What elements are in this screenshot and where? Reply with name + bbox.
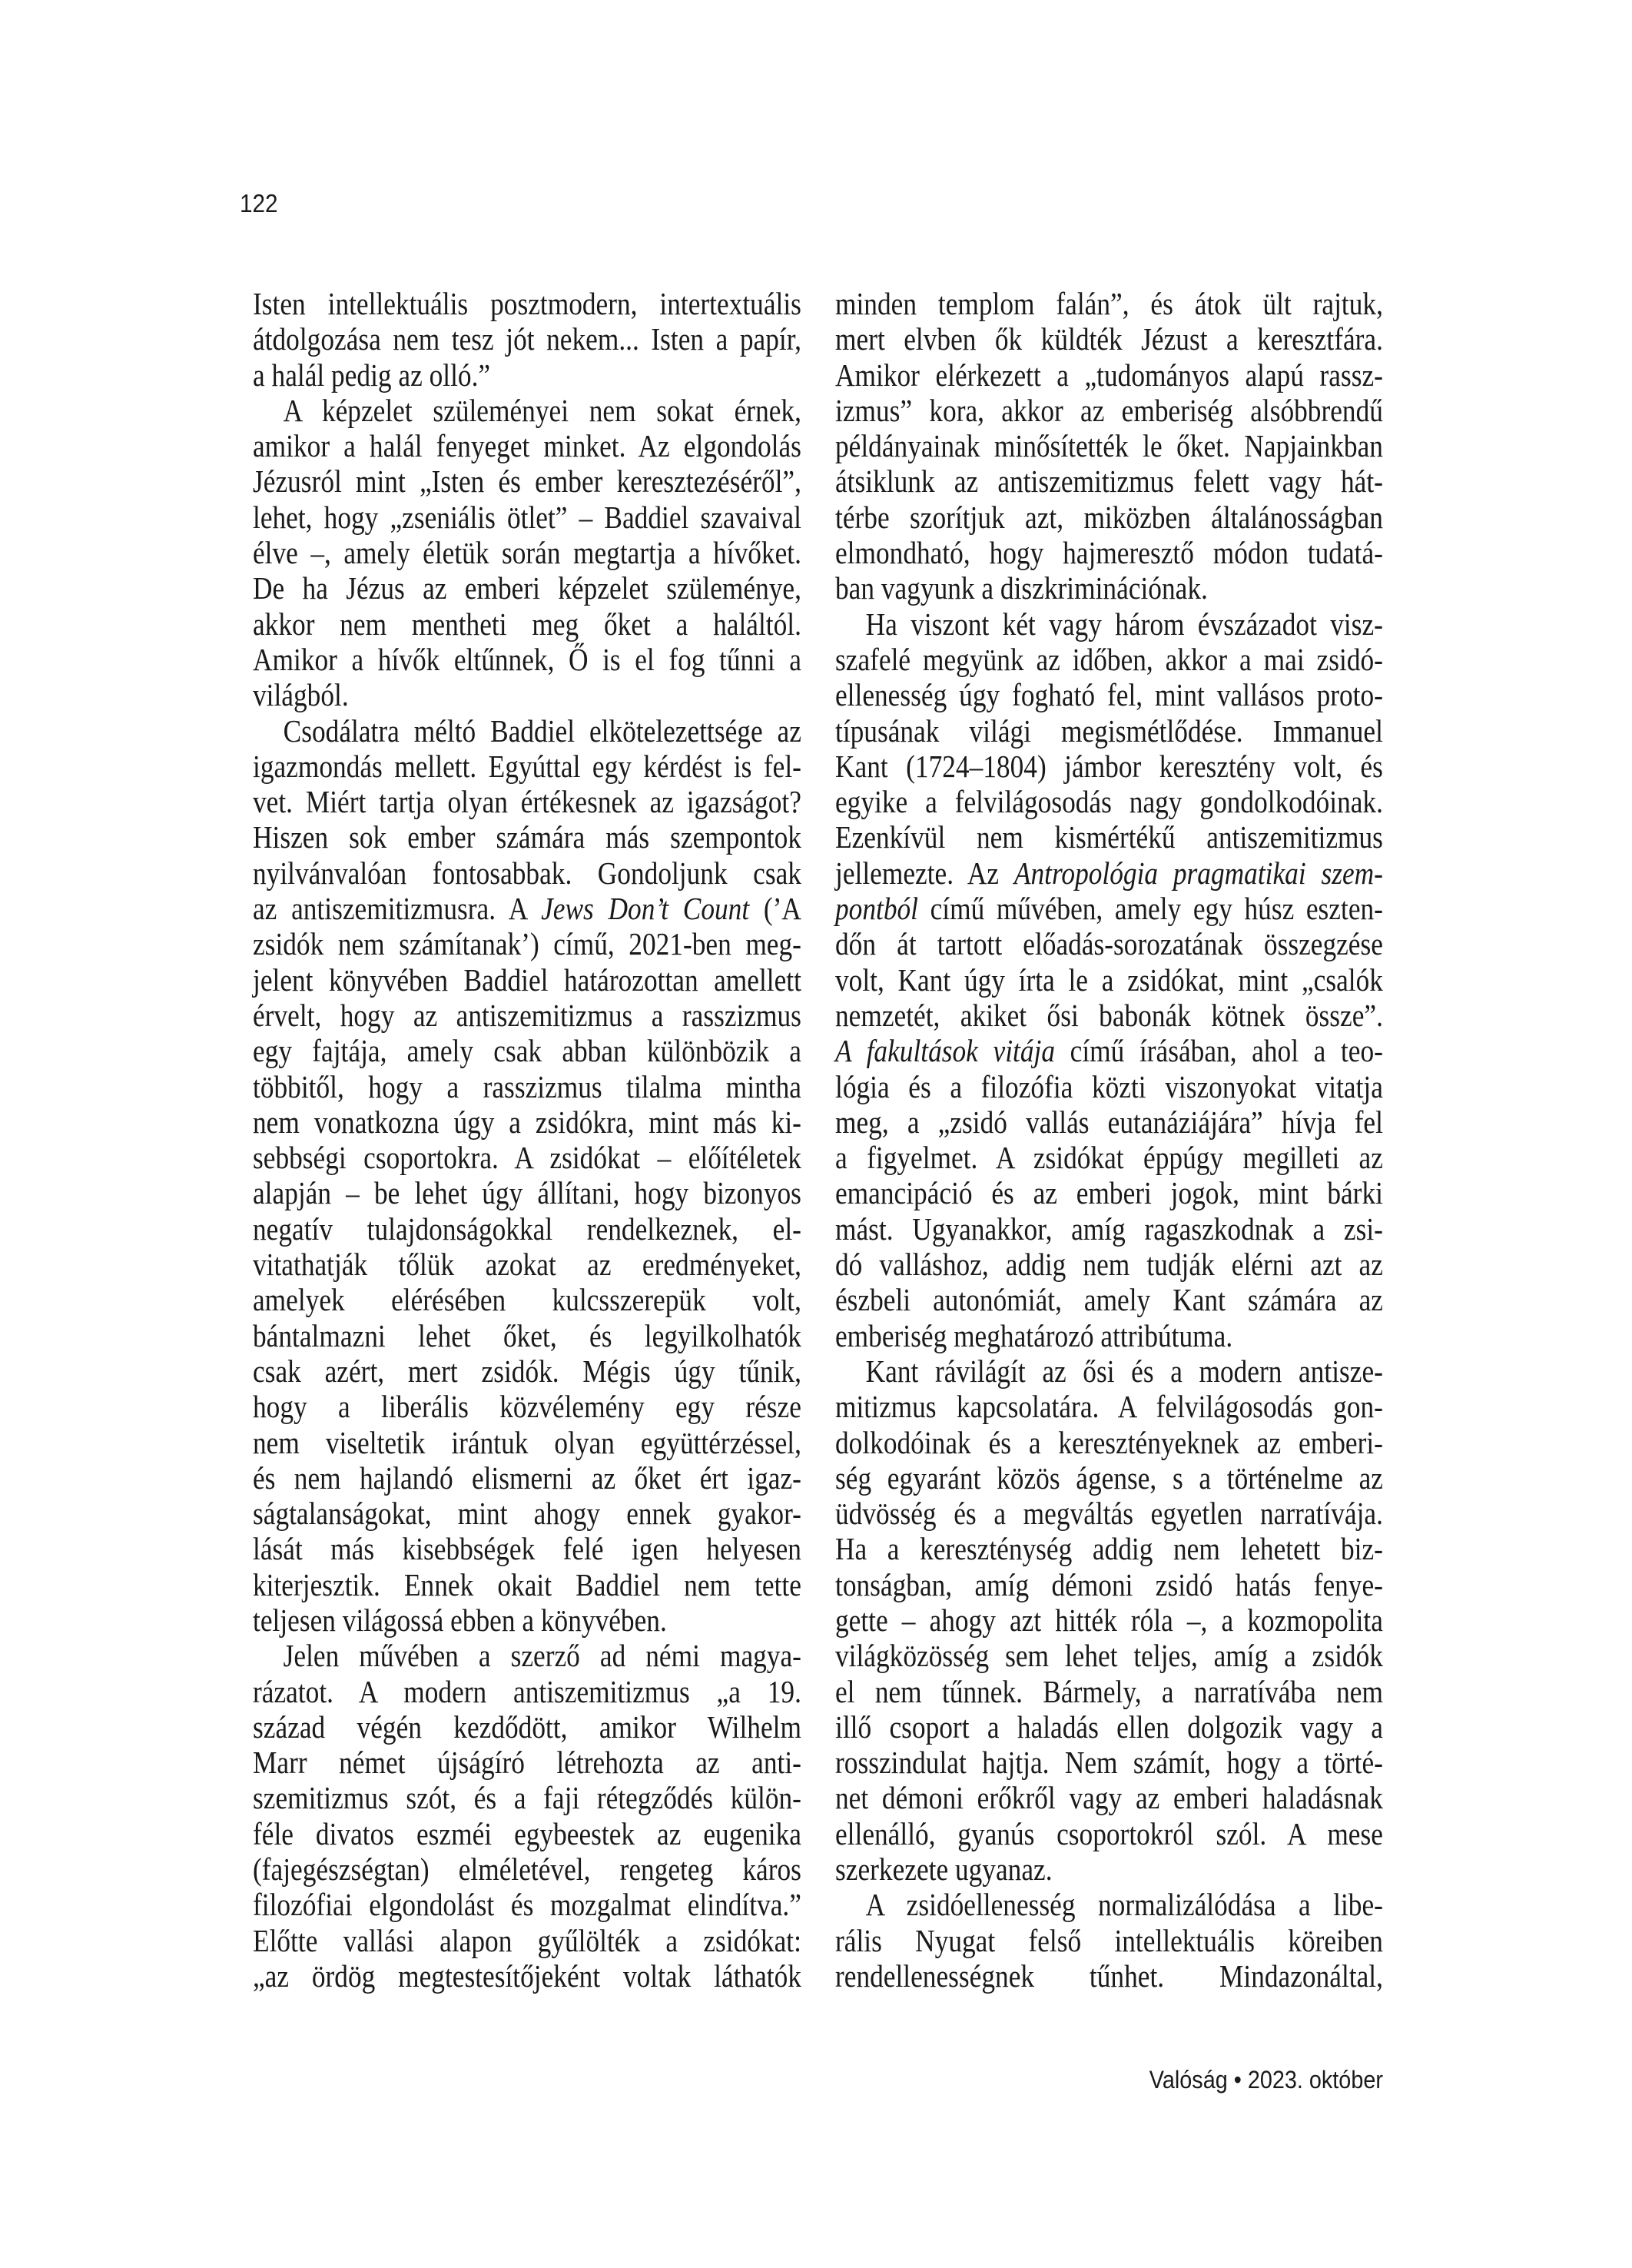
text-line-content: lását más kisebbségek felé igen helyesen [253,1531,801,1566]
text-line: jelent könyvében Baddiel határozottan am… [253,962,801,998]
text-line-content: illő csoport a haladás ellen dolgozik va… [835,1709,1383,1745]
text-line-content: átsiklunk az antiszemitizmus felett vagy… [835,463,1383,499]
text-line: A zsidóellenesség normalizálódása a libe… [835,1887,1383,1922]
text-line-content: ellenálló, gyanús csoportokról szól. A m… [835,1816,1383,1851]
text-line: ség egyaránt közös ágense, s a történelm… [835,1460,1383,1496]
text-line: hogy a liberális közvélemény egy része [253,1389,801,1424]
text-line: „az ördög megtestesítőjeként voltak láth… [253,1958,801,1994]
text-line: vet. Miért tartja olyan értékesnek az ig… [253,784,801,819]
text-line-content: Ha viszont két vagy három évszázadot vis… [835,606,1383,642]
text-line-content: jelent könyvében Baddiel határozottan am… [253,962,801,998]
text-line-content: amikor a halál fenyeget minket. Az elgon… [253,428,801,463]
text-line-content: többitől, hogy a rasszizmus tilalma mint… [253,1069,801,1104]
text-line-content: érvelt, hogy az antiszemitizmus a rasszi… [253,998,801,1033]
text-line: sebbségi csoportokra. A zsidókat – előít… [253,1140,801,1175]
text-line-content: Marr német újságíró létrehozta az anti- [253,1745,801,1780]
text-line: dolkodóinak és a keresztényeknek az embe… [835,1425,1383,1460]
text-line-content: példányainak minősítették le őket. Napja… [835,428,1383,463]
text-line-content: ellenesség úgy fogható fel, mint valláso… [835,677,1383,712]
text-line: világközösség sem lehet teljes, amíg a z… [835,1638,1383,1673]
text-line-content: „az ördög megtestesítőjeként voltak láth… [253,1958,801,1994]
text-line: Hiszen sok ember számára más szempontok [253,819,801,855]
text-line: Ezenkívül nem kismértékű antiszemitizmus [835,819,1383,855]
text-line: Ha viszont két vagy három évszázadot vis… [835,606,1383,642]
text-line: nem viseltetik irántuk olyan együttérzés… [253,1425,801,1460]
text-line: példányainak minősítették le őket. Napja… [835,428,1383,463]
text-line-content: dolkodóinak és a keresztényeknek az embe… [835,1425,1383,1460]
italic-title: pontból [835,891,918,926]
text-line: emberiség meghatározó attribútuma. [835,1318,1383,1353]
text-line: amikor a halál fenyeget minket. Az elgon… [253,428,801,463]
text-line-content: igazmondás mellett. Egyúttal egy kérdést… [253,749,801,784]
text-line-content: emberiség meghatározó attribútuma. [835,1318,1383,1353]
text-line: elmondható, hogy hajmeresztő módon tudat… [835,535,1383,570]
text-line-content: a halál pedig az olló.” [253,357,801,393]
text-line: Amikor a hívők eltűnnek, Ő is el fog tűn… [253,642,801,677]
text-line: rendellenességnek tűnhet. Mindazonáltal, [835,1958,1383,1994]
text-line: egy fajtája, amely csak abban különbözik… [253,1033,801,1068]
text-line: rális Nyugat felső intellektuális köreib… [835,1923,1383,1958]
text-line: Isten intellektuális posztmodern, intert… [253,286,801,321]
text-line-content: észbeli autonómiát, amely Kant számára a… [835,1282,1383,1317]
text-line: meg, a „zsidó vallás eutanáziájára” hívj… [835,1104,1383,1140]
text-line-content: Kant rávilágít az ősi és a modern antisz… [835,1353,1383,1389]
text-line-content: üdvösség és a megváltás egyetlen narratí… [835,1496,1383,1531]
text-line: alapján – be lehet úgy állítani, hogy bi… [253,1175,801,1210]
text-line-content: hogy a liberális közvélemény egy része [253,1389,801,1424]
text-line: Jézusról mint „Isten és ember keresztezé… [253,463,801,499]
text-line-content: lógia és a filozófia közti viszonyokat v… [835,1069,1383,1104]
text-line: szafelé megyünk az időben, akkor a mai z… [835,642,1383,677]
text-line-content: ség egyaránt közös ágense, s a történelm… [835,1460,1383,1496]
text-line: Csodálatra méltó Baddiel elkötelezettség… [253,713,801,749]
text-line: Amikor elérkezett a „tudományos alapú ra… [835,357,1383,393]
text-line-content: egyike a felvilágosodás nagy gondolkodói… [835,784,1383,819]
text-line-content: filozófiai elgondolást és mozgalmat elin… [253,1887,801,1922]
text-line-content: Jelen művében a szerző ad némi magya- [253,1638,801,1673]
text-line-content: típusának világi megismétlődése. Immanue… [835,713,1383,749]
text-line-content: szafelé megyünk az időben, akkor a mai z… [835,642,1383,677]
text-line: világból. [253,677,801,712]
text-line-content: a figyelmet. A zsidókat éppúgy megilleti… [835,1140,1383,1175]
text-line-content: világközösség sem lehet teljes, amíg a z… [835,1638,1383,1673]
text-line: század végén kezdődött, amikor Wilhelm [253,1709,801,1745]
italic-title: Jews Don’t Count [541,891,749,926]
text-line-content: nem viseltetik irántuk olyan együttérzés… [253,1425,801,1460]
page-number: 122 [240,189,278,218]
text-line: Kant (1724–1804) jámbor keresztény volt,… [835,749,1383,784]
text-line-content: izmus” kora, akkor az emberiség alsóbbre… [835,393,1383,428]
text-line: dőn át tartott előadás-sorozatának össze… [835,926,1383,961]
text-line: nem vonatkozna úgy a zsidókra, mint más … [253,1104,801,1140]
text-segment: (’A [749,891,801,926]
text-line-content: tonságban, amíg démoni zsidó hatás fenye… [835,1567,1383,1602]
text-line: az antiszemitizmusra. A Jews Don’t Count… [253,891,801,926]
text-line: észbeli autonómiát, amely Kant számára a… [835,1282,1383,1317]
text-line: A képzelet szüleményei nem sokat érnek, [253,393,801,428]
text-line-content: negatív tulajdonságokkal rendelkeznek, e… [253,1211,801,1247]
text-line: kiterjesztik. Ennek okait Baddiel nem te… [253,1567,801,1602]
text-line: típusának világi megismétlődése. Immanue… [835,713,1383,749]
text-line: a figyelmet. A zsidókat éppúgy megilleti… [835,1140,1383,1175]
text-segment: az antiszemitizmusra. A [253,891,541,926]
document-page: 122 Isten intellektuális posztmodern, in… [0,0,1632,2268]
text-line-content: zsidók nem számítanak’) című, 2021-ben m… [253,926,801,961]
text-line: De ha Jézus az emberi képzelet szülemény… [253,570,801,606]
text-line: féle divatos eszméi egybeestek az eugeni… [253,1816,801,1851]
text-line: átsiklunk az antiszemitizmus felett vagy… [835,463,1383,499]
footer-text: Valóság • 2023. október [1149,2066,1383,2094]
text-line-content: szemitizmus szót, és a faji rétegződés k… [253,1780,801,1815]
text-line: Marr német újságíró létrehozta az anti- [253,1745,801,1780]
text-line-content: mert elvben ők küldték Jézust a keresztf… [835,321,1383,357]
text-line: nyilvánvalóan fontosabbak. Gondoljunk cs… [253,855,801,891]
text-line: negatív tulajdonságokkal rendelkeznek, e… [253,1211,801,1247]
text-line-content: sebbségi csoportokra. A zsidókat – előít… [253,1140,801,1175]
text-line: akkor nem mentheti meg őket a haláltól. [253,606,801,642]
text-line-content: Hiszen sok ember számára más szempontok [253,819,801,855]
text-line: rosszindulat hajtja. Nem számít, hogy a … [835,1745,1383,1780]
text-line: Ha a kereszténység addig nem lehetett bi… [835,1531,1383,1566]
text-segment: jellemezte. Az [835,855,1014,891]
text-line: rázatot. A modern antiszemitizmus „a 19. [253,1674,801,1709]
text-line: ságtalanságokat, mint ahogy ennek gyakor… [253,1496,801,1531]
text-line-content: Amikor elérkezett a „tudományos alapú ra… [835,357,1383,393]
text-line: amelyek elérésében kulcsszerepük volt, [253,1282,801,1317]
text-line: és nem hajlandó elismerni az őket ért ig… [253,1460,801,1496]
text-line-content: pontból című művében, amely egy húsz esz… [835,891,1383,926]
text-line-content: rázatot. A modern antiszemitizmus „a 19. [253,1674,801,1709]
text-line: pontból című művében, amely egy húsz esz… [835,891,1383,926]
left-text-column: Isten intellektuális posztmodern, intert… [253,286,801,1994]
text-line: A fakultások vitája című írásában, ahol … [835,1033,1383,1068]
text-line-content: Ha a kereszténység addig nem lehetett bi… [835,1531,1383,1566]
text-line-content: lehet, hogy „zseniális ötlet” – Baddiel … [253,500,801,535]
text-line-content: amelyek elérésében kulcsszerepük volt, [253,1282,801,1317]
text-line: Jelen művében a szerző ad némi magya- [253,1638,801,1673]
text-line-content: rális Nyugat felső intellektuális köreib… [835,1923,1383,1958]
text-line-content: volt, Kant úgy írta le a zsidókat, mint … [835,962,1383,998]
text-line-content: vet. Miért tartja olyan értékesnek az ig… [253,784,801,819]
text-line-content: A képzelet szüleményei nem sokat érnek, [253,393,801,428]
text-line: érvelt, hogy az antiszemitizmus a rasszi… [253,998,801,1033]
text-line-content: Amikor a hívők eltűnnek, Ő is el fog tűn… [253,642,801,677]
text-line: ellenálló, gyanús csoportokról szól. A m… [835,1816,1383,1851]
text-line: illő csoport a haladás ellen dolgozik va… [835,1709,1383,1745]
text-line: üdvösség és a megváltás egyetlen narratí… [835,1496,1383,1531]
text-line: élve –, amely életük során megtartja a h… [253,535,801,570]
text-line-content: mitizmus kapcsolatára. A felvilágosodás … [835,1389,1383,1424]
text-line-content: ban vagyunk a diszkriminációnak. [835,570,1383,606]
text-line-content: emancipáció és az emberi jogok, mint bár… [835,1175,1383,1210]
text-line: minden templom falán”, és átok ült rajtu… [835,286,1383,321]
text-line: átdolgozása nem tesz jót nekem... Isten … [253,321,801,357]
text-line-content: az antiszemitizmusra. A Jews Don’t Count… [253,891,801,926]
text-line-content: dőn át tartott előadás-sorozatának össze… [835,926,1383,961]
text-line-content: világból. [253,677,801,712]
text-line-content: alapján – be lehet úgy állítani, hogy bi… [253,1175,801,1210]
text-line-content: szerkezete ugyanaz. [835,1851,1383,1887]
text-line: bántalmazni lehet őket, és legyilkolható… [253,1318,801,1353]
text-line: szemitizmus szót, és a faji rétegződés k… [253,1780,801,1815]
text-line: tonságban, amíg démoni zsidó hatás fenye… [835,1567,1383,1602]
text-line: volt, Kant úgy írta le a zsidókat, mint … [835,962,1383,998]
text-line-content: jellemezte. Az Antropológia pragmatikai … [835,855,1383,891]
text-line-content: térbe szorítjuk azt, miközben általánoss… [835,500,1383,535]
text-line-content: rendellenességnek tűnhet. Mindazonáltal, [835,1958,1383,1994]
text-line: ban vagyunk a diszkriminációnak. [835,570,1383,606]
text-line-content: Jézusról mint „Isten és ember keresztezé… [253,463,801,499]
text-line: mitizmus kapcsolatára. A felvilágosodás … [835,1389,1383,1424]
text-line: Kant rávilágít az ősi és a modern antisz… [835,1353,1383,1389]
text-line-content: féle divatos eszméi egybeestek az eugeni… [253,1816,801,1851]
text-line-content: bántalmazni lehet őket, és legyilkolható… [253,1318,801,1353]
text-line-content: átdolgozása nem tesz jót nekem... Isten … [253,321,801,357]
text-line-content: nyilvánvalóan fontosabbak. Gondoljunk cs… [253,855,801,891]
text-line-content: elmondható, hogy hajmeresztő módon tudat… [835,535,1383,570]
text-line: net démoni erőkről vagy az emberi haladá… [835,1780,1383,1815]
text-line-content: minden templom falán”, és átok ült rajtu… [835,286,1383,321]
text-line: mert elvben ők küldték Jézust a keresztf… [835,321,1383,357]
text-line: Előtte vallási alapon gyűlölték a zsidók… [253,1923,801,1958]
text-line-content: és nem hajlandó elismerni az őket ért ig… [253,1460,801,1496]
right-text-column: minden templom falán”, és átok ült rajtu… [835,286,1383,1994]
text-line-content: rosszindulat hajtja. Nem számít, hogy a … [835,1745,1383,1780]
text-line: ellenesség úgy fogható fel, mint valláso… [835,677,1383,712]
text-line-content: Isten intellektuális posztmodern, intert… [253,286,801,321]
text-line-content: csak azért, mert zsidók. Mégis úgy tűnik… [253,1353,801,1389]
text-line: el nem tűnnek. Bármely, a narratívába ne… [835,1674,1383,1709]
text-line: vitathatják tőlük azokat az eredményeket… [253,1247,801,1282]
text-line-content: Kant (1724–1804) jámbor keresztény volt,… [835,749,1383,784]
text-line: lását más kisebbségek felé igen helyesen [253,1531,801,1566]
text-line: lógia és a filozófia közti viszonyokat v… [835,1069,1383,1104]
text-line-content: nemzetét, akiket ősi babonák kötnek össz… [835,998,1383,1033]
text-line-content: teljesen világossá ebben a könyvében. [253,1602,801,1638]
italic-title: Antropológia pragmatikai szem- [1014,855,1383,891]
text-line: teljesen világossá ebben a könyvében. [253,1602,801,1638]
text-line-content: (fajegészségtan) elméletével, rengeteg k… [253,1851,801,1887]
text-line: gette – ahogy azt hitték róla –, a kozmo… [835,1602,1383,1638]
text-line: lehet, hogy „zseniális ötlet” – Baddiel … [253,500,801,535]
text-line: (fajegészségtan) elméletével, rengeteg k… [253,1851,801,1887]
text-line-content: egy fajtája, amely csak abban különbözik… [253,1033,801,1068]
text-line-content: A zsidóellenesség normalizálódása a libe… [835,1887,1383,1922]
text-line-content: század végén kezdődött, amikor Wilhelm [253,1709,801,1745]
text-line: nemzetét, akiket ősi babonák kötnek össz… [835,998,1383,1033]
text-line: térbe szorítjuk azt, miközben általánoss… [835,500,1383,535]
text-line-content: Csodálatra méltó Baddiel elkötelezettség… [253,713,801,749]
text-line-content: mást. Ugyanakkor, amíg ragaszkodnak a zs… [835,1211,1383,1247]
text-line-content: dó valláshoz, addig nem tudják elérni az… [835,1247,1383,1282]
text-line-content: nem vonatkozna úgy a zsidókra, mint más … [253,1104,801,1140]
text-line-content: De ha Jézus az emberi képzelet szülemény… [253,570,801,606]
text-line-content: Előtte vallási alapon gyűlölték a zsidók… [253,1923,801,1958]
text-line-content: gette – ahogy azt hitték róla –, a kozmo… [835,1602,1383,1638]
text-line: filozófiai elgondolást és mozgalmat elin… [253,1887,801,1922]
text-line: többitől, hogy a rasszizmus tilalma mint… [253,1069,801,1104]
text-line: igazmondás mellett. Egyúttal egy kérdést… [253,749,801,784]
text-line: emancipáció és az emberi jogok, mint bár… [835,1175,1383,1210]
text-line: dó valláshoz, addig nem tudják elérni az… [835,1247,1383,1282]
text-line: a halál pedig az olló.” [253,357,801,393]
text-line-content: élve –, amely életük során megtartja a h… [253,535,801,570]
text-line: csak azért, mert zsidók. Mégis úgy tűnik… [253,1353,801,1389]
text-line-content: Ezenkívül nem kismértékű antiszemitizmus [835,819,1383,855]
text-line-content: vitathatják tőlük azokat az eredményeket… [253,1247,801,1282]
text-line-content: ságtalanságokat, mint ahogy ennek gyakor… [253,1496,801,1531]
text-line: mást. Ugyanakkor, amíg ragaszkodnak a zs… [835,1211,1383,1247]
text-line-content: net démoni erőkről vagy az emberi haladá… [835,1780,1383,1815]
text-segment: című írásában, ahol a teo- [1055,1033,1383,1068]
text-line-content: akkor nem mentheti meg őket a haláltól. [253,606,801,642]
text-line-content: meg, a „zsidó vallás eutanáziájára” hívj… [835,1104,1383,1140]
text-line-content: A fakultások vitája című írásában, ahol … [835,1033,1383,1068]
text-line: jellemezte. Az Antropológia pragmatikai … [835,855,1383,891]
text-line-content: kiterjesztik. Ennek okait Baddiel nem te… [253,1567,801,1602]
text-line: szerkezete ugyanaz. [835,1851,1383,1887]
text-segment: című művében, amely egy húsz eszten- [918,891,1383,926]
footer-journal-issue: Valóság • 2023. október [1106,2066,1383,2094]
text-line: izmus” kora, akkor az emberiség alsóbbre… [835,393,1383,428]
italic-title: A fakultások vitája [835,1033,1055,1068]
text-line: egyike a felvilágosodás nagy gondolkodói… [835,784,1383,819]
text-line: zsidók nem számítanak’) című, 2021-ben m… [253,926,801,961]
text-line-content: el nem tűnnek. Bármely, a narratívába ne… [835,1674,1383,1709]
